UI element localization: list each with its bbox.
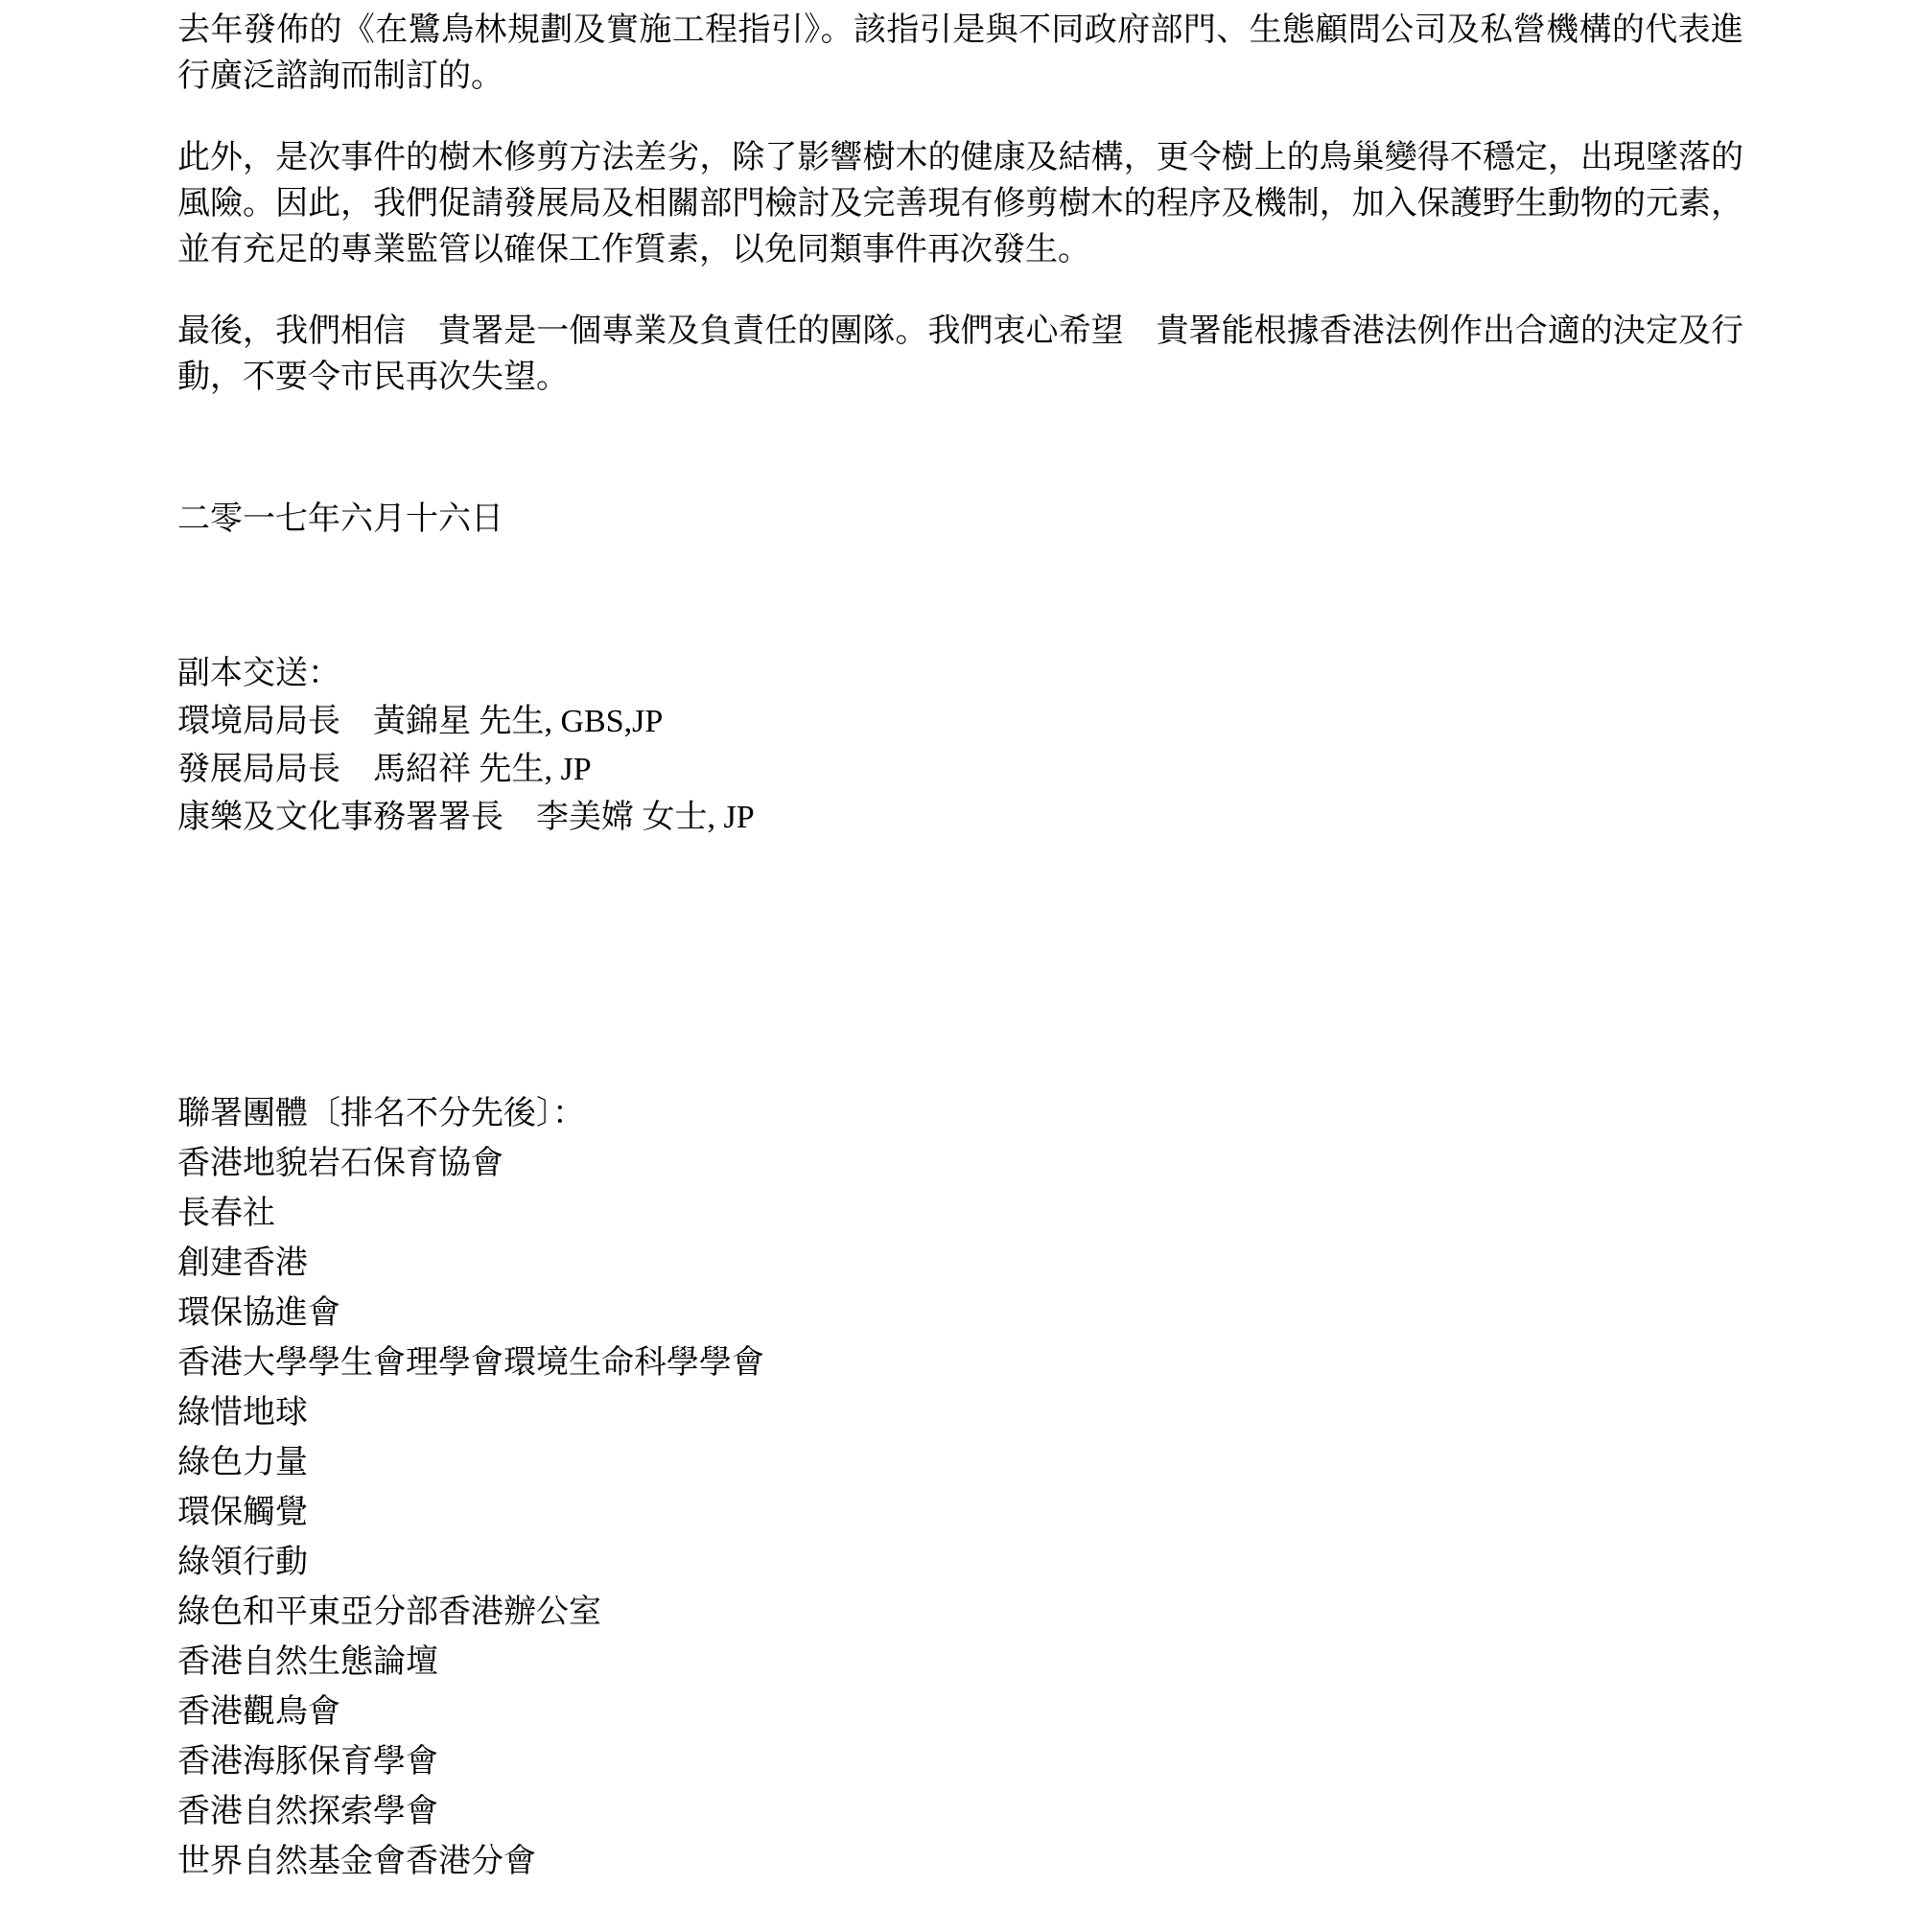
signatory-list: 香港地貌岩石保育協會長春社創建香港環保協進會香港大學學生會理學會環境生命科學學會… — [177, 1139, 1743, 1887]
letter-date: 二零一七年六月十六日 — [177, 497, 1743, 543]
cc-recipient: 環境局局長 黃錦星 先生, GBS,JP — [177, 698, 1743, 746]
signatory-organization: 香港自然探索學會 — [177, 1787, 1743, 1837]
letter-paragraph-closing: 最後，我們相信 貴署是一個專業及負責任的團隊。我們衷心希望 貴署能根據香港法例作… — [177, 309, 1743, 401]
cc-recipient: 發展局局長 馬紹祥 先生, JP — [177, 746, 1743, 794]
cc-heading: 副本交送： — [177, 650, 1743, 698]
signatory-organization: 環保觸覺 — [177, 1488, 1743, 1538]
letter-paragraph-tree-pruning: 此外，是次事件的樹木修剪方法差劣，除了影響樹木的健康及結構，更令樹上的鳥巢變得不… — [177, 135, 1743, 273]
signatory-organization: 綠色和平東亞分部香港辦公室 — [177, 1588, 1743, 1638]
signatory-organization: 長春社 — [177, 1189, 1743, 1239]
signatory-organization: 香港大學學生會理學會環境生命科學學會 — [177, 1338, 1743, 1388]
signatory-organization: 世界自然基金會香港分會 — [177, 1837, 1743, 1887]
signatory-organization: 創建香港 — [177, 1239, 1743, 1289]
signatory-organization: 綠惜地球 — [177, 1388, 1743, 1438]
signatory-organization: 香港觀鳥會 — [177, 1688, 1743, 1737]
signatory-organization: 綠色力量 — [177, 1438, 1743, 1488]
signatory-organization: 香港海豚保育學會 — [177, 1737, 1743, 1787]
cc-recipient: 康樂及文化事務署署長 李美嫦 女士, JP — [177, 794, 1743, 842]
signatory-organization: 香港自然生態論壇 — [177, 1638, 1743, 1688]
signatory-organization: 綠領行動 — [177, 1538, 1743, 1588]
letter-paragraph-continuation: 去年發佈的《在鷺鳥林規劃及實施工程指引》。該指引是與不同政府部門、生態顧問公司及… — [177, 8, 1743, 100]
letter-page: 去年發佈的《在鷺鳥林規劃及實施工程指引》。該指引是與不同政府部門、生態顧問公司及… — [0, 0, 1918, 1932]
signatories-heading: 聯署團體〔排名不分先後〕： — [177, 1089, 1743, 1139]
signatories-section: 聯署團體〔排名不分先後〕： 香港地貌岩石保育協會長春社創建香港環保協進會香港大學… — [177, 1089, 1743, 1887]
cc-section: 副本交送： 環境局局長 黃錦星 先生, GBS,JP發展局局長 馬紹祥 先生, … — [177, 650, 1743, 842]
signatory-organization: 環保協進會 — [177, 1289, 1743, 1338]
cc-recipient-list: 環境局局長 黃錦星 先生, GBS,JP發展局局長 馬紹祥 先生, JP康樂及文… — [177, 698, 1743, 842]
signatory-organization: 香港地貌岩石保育協會 — [177, 1139, 1743, 1189]
